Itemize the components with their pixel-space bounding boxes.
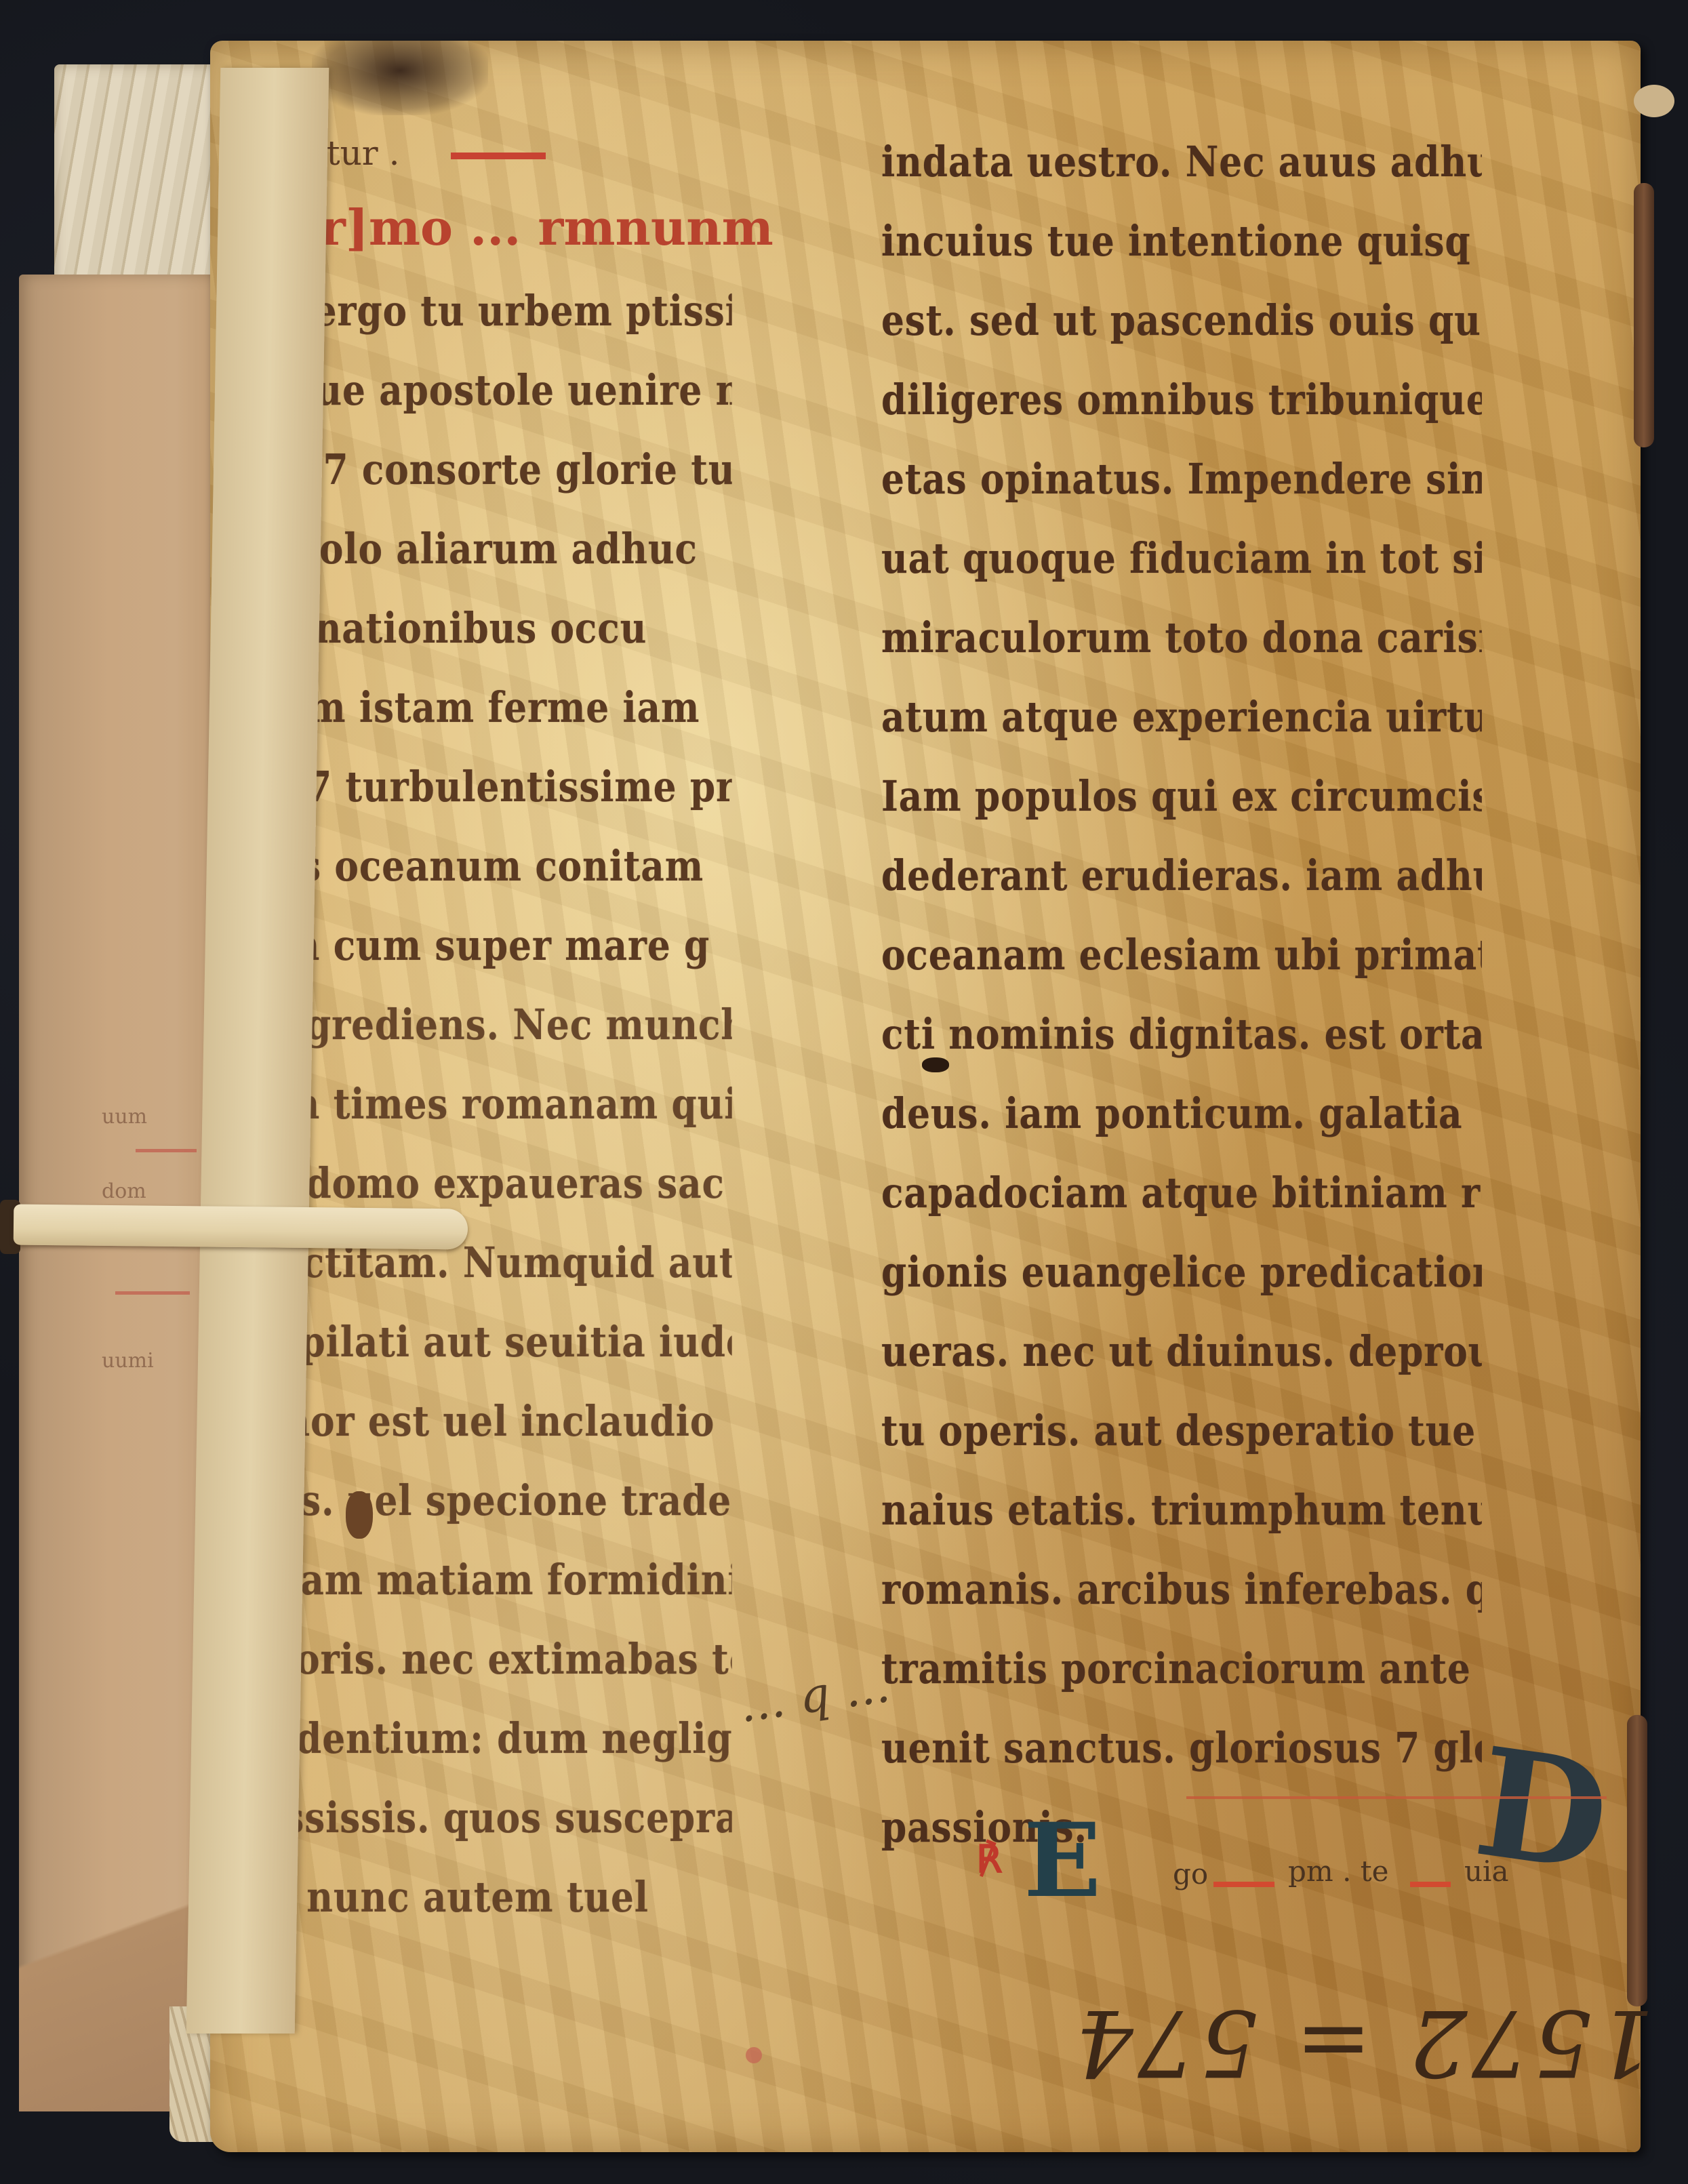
text-line: tramitis porcinaciorum ante <box>881 1629 1482 1708</box>
text-line: incuius tue intentione quisq <box>881 201 1482 281</box>
text-line: mississis. quos suscepras <box>230 1778 732 1857</box>
margin-note: uumi <box>102 1349 154 1373</box>
worm-hole <box>922 1057 949 1072</box>
text-line: eruam matiam formidini <box>230 1540 732 1619</box>
margin-note: uum <box>102 1105 147 1129</box>
margin-red-rule <box>136 1149 197 1152</box>
text-line: deus. iam ponticum. galatia <box>881 1074 1482 1153</box>
text-line: etas opinatus. Impendere singu <box>881 439 1482 519</box>
text-line: atum atque experiencia uirtutum. <box>881 677 1482 756</box>
parchment-strap <box>14 1204 468 1249</box>
text-line: indata uestro. Nec auus adhuc <box>881 122 1482 201</box>
text-line: ainoris. nec extimabas ter <box>230 1619 732 1699</box>
text-line: ueras. nec ut diuinus. deprouec <box>881 1312 1482 1391</box>
text-line: naius etatis. triumphum tenuis <box>881 1470 1482 1550</box>
text-line: romanis. arcibus inferebas. quo <box>881 1550 1482 1629</box>
right-text-column: indata uestro. Nec auus adhuc incuius tu… <box>881 122 1580 1867</box>
blue-initial: E <box>1024 1810 1101 1912</box>
red-wax-spot <box>746 2047 762 2063</box>
text-line: passionis. <box>881 1787 1482 1867</box>
corner-tab <box>1634 85 1674 117</box>
text-line: gionis euangelice predicatione impre <box>881 1232 1482 1312</box>
text-line: tu operis. aut desperatio tue ig <box>881 1391 1482 1470</box>
burn-stain <box>312 41 488 115</box>
rubric-bar <box>451 153 546 159</box>
response-sign: ℟ <box>976 1837 1002 1882</box>
text-line: litas. uel specione tradenta <box>230 1461 732 1540</box>
text-line: diligeres omnibus tribunique qui <box>881 360 1482 439</box>
margin-red-rule <box>115 1291 190 1295</box>
text-line: capadociam atque bitiniam re <box>881 1153 1482 1232</box>
margin-note: dom <box>102 1179 146 1203</box>
red-rule-segment <box>1410 1882 1451 1887</box>
text-line: uenit sanctus. gloriosus 7 gloria <box>881 1708 1482 1787</box>
text-line: est. sed ut pascendis ouis quem <box>881 281 1482 360</box>
text-line: credentium: dum negligis <box>230 1699 732 1778</box>
red-staff-line <box>1186 1796 1607 1799</box>
chant-syllable: uia <box>1464 1855 1509 1888</box>
text-line: miraculorum toto dona carism <box>881 598 1482 677</box>
text-line: cti nominis dignitas. est orta fi <box>881 994 1482 1074</box>
parchment-leaf: ...ndetur . S[er]mo ... rmnunm [Er]ergo … <box>210 41 1641 2152</box>
upside-down-shelfmark: 2 — 1572 = 574 <box>1071 1989 1688 2096</box>
red-rule-segment <box>1213 1882 1274 1887</box>
chant-syllable: go <box>1173 1857 1208 1890</box>
leather-tie-top <box>1634 183 1654 447</box>
leather-tie-bottom <box>1627 1715 1647 2006</box>
text-line: dederant erudieras. iam adhuc <box>881 836 1482 915</box>
chant-syllable: pm . te <box>1288 1855 1389 1888</box>
text-line: Iam populos qui ex circumcisione c <box>881 756 1482 836</box>
torn-hole <box>346 1491 373 1539</box>
text-line: uat quoque fiduciam in tot signa <box>881 519 1482 598</box>
text-line: oceanam eclesiam ubi primatus san <box>881 915 1482 994</box>
text-line: tos nunc autem tuel <box>230 1857 732 1937</box>
